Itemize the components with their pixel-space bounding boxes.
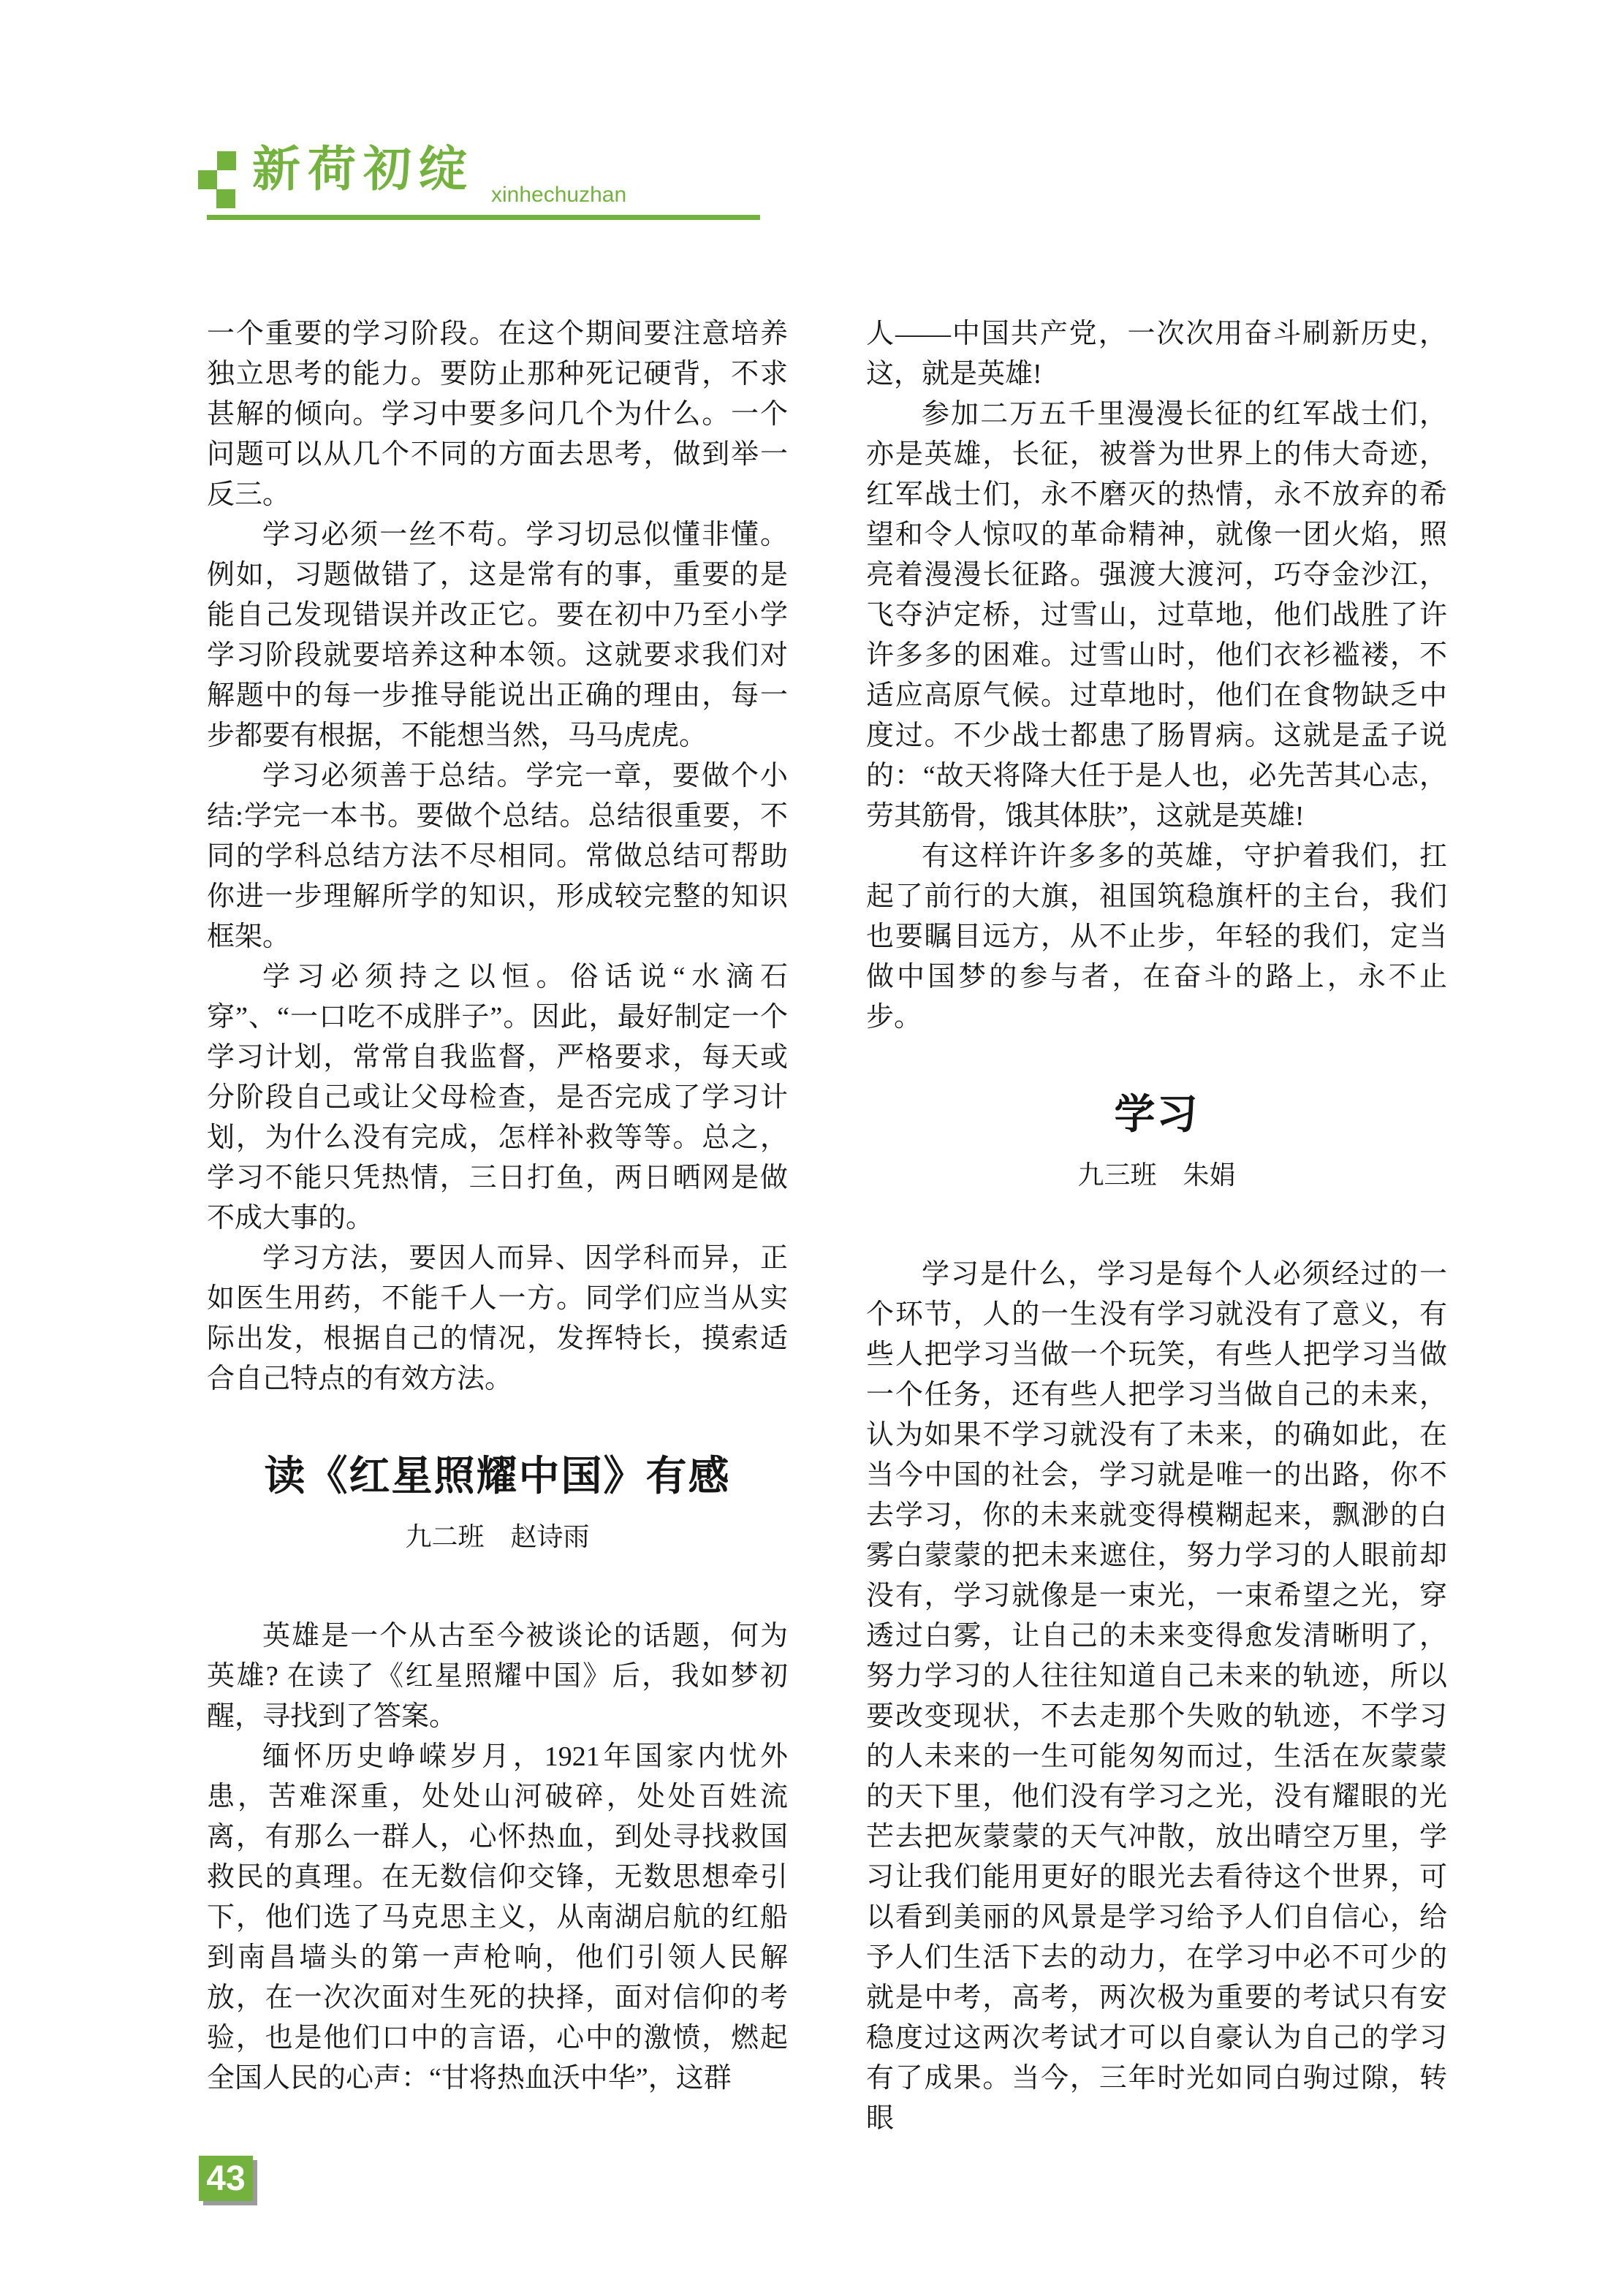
right-text-column: 人——中国共产党，一次次用奋斗刷新历史，这，就是英雄!参加二万五千里漫漫长征的红… xyxy=(866,314,1447,2139)
paragraph: 参加二万五千里漫漫长征的红军战士们，亦是英雄，长征，被誉为世界上的伟大奇迹，红军… xyxy=(866,395,1447,837)
paragraph: 有这样许许多多的英雄，守护着我们，扛起了前行的大旗，祖国筑稳旗杆的主台，我们也要… xyxy=(866,837,1447,1038)
paragraph: 缅怀历史峥嵘岁月，1921年国家内忧外患，苦难深重，处处山河破碎，处处百姓流离，… xyxy=(207,1737,788,2099)
page-number: 43 xyxy=(206,2159,245,2199)
paragraph: 学习必须善于总结。学完一章，要做个小结:学完一本书。要做个总结。总结很重要，不同… xyxy=(207,756,788,957)
checker-icon xyxy=(217,151,236,170)
paragraph: 学习是什么，学习是每个人必须经过的一个环节，人的一生没有学习就没有了意义，有些人… xyxy=(866,1255,1447,2139)
header-divider xyxy=(207,215,760,220)
logo-subtitle: xinhechuzhan xyxy=(491,183,626,208)
article-title: 读《红星照耀中国》有感 xyxy=(207,1451,788,1503)
article-author: 九二班 赵诗雨 xyxy=(207,1519,788,1554)
paragraph: 学习必须持之以恒。俗话说“水滴石穿”、“一口吃不成胖子”。因此，最好制定一个学习… xyxy=(207,957,788,1239)
checker-icon xyxy=(216,189,235,208)
paragraph: 学习方法，要因人而异、因学科而异，正如医生用药，不能千人一方。同学们应当从实际出… xyxy=(207,1239,788,1399)
paragraph: 人——中国共产党，一次次用奋斗刷新历史，这，就是英雄! xyxy=(866,314,1447,395)
left-text-column: 一个重要的学习阶段。在这个期间要注意培养独立思考的能力。要防止那种死记硬背，不求… xyxy=(207,314,788,2099)
magazine-page: 新荷初绽 xinhechuzhan 一个重要的学习阶段。在这个期间要注意培养独立… xyxy=(0,0,1624,2296)
checker-icon xyxy=(198,170,217,189)
paragraph: 英雄是一个从古至今被谈论的话题，何为英雄? 在读了《红星照耀中国》后，我如梦初醒… xyxy=(207,1616,788,1737)
page-number-badge: 43 xyxy=(199,2156,253,2201)
article-author: 九三班 朱娟 xyxy=(866,1157,1447,1193)
paragraph: 学习必须一丝不苟。学习切忌似懂非懂。例如，习题做错了，这是常有的事，重要的是能自… xyxy=(207,515,788,756)
logo-text: 新荷初绽 xyxy=(252,145,474,196)
paragraph: 一个重要的学习阶段。在这个期间要注意培养独立思考的能力。要防止那种死记硬背，不求… xyxy=(207,314,788,515)
article-title: 学习 xyxy=(866,1089,1447,1141)
